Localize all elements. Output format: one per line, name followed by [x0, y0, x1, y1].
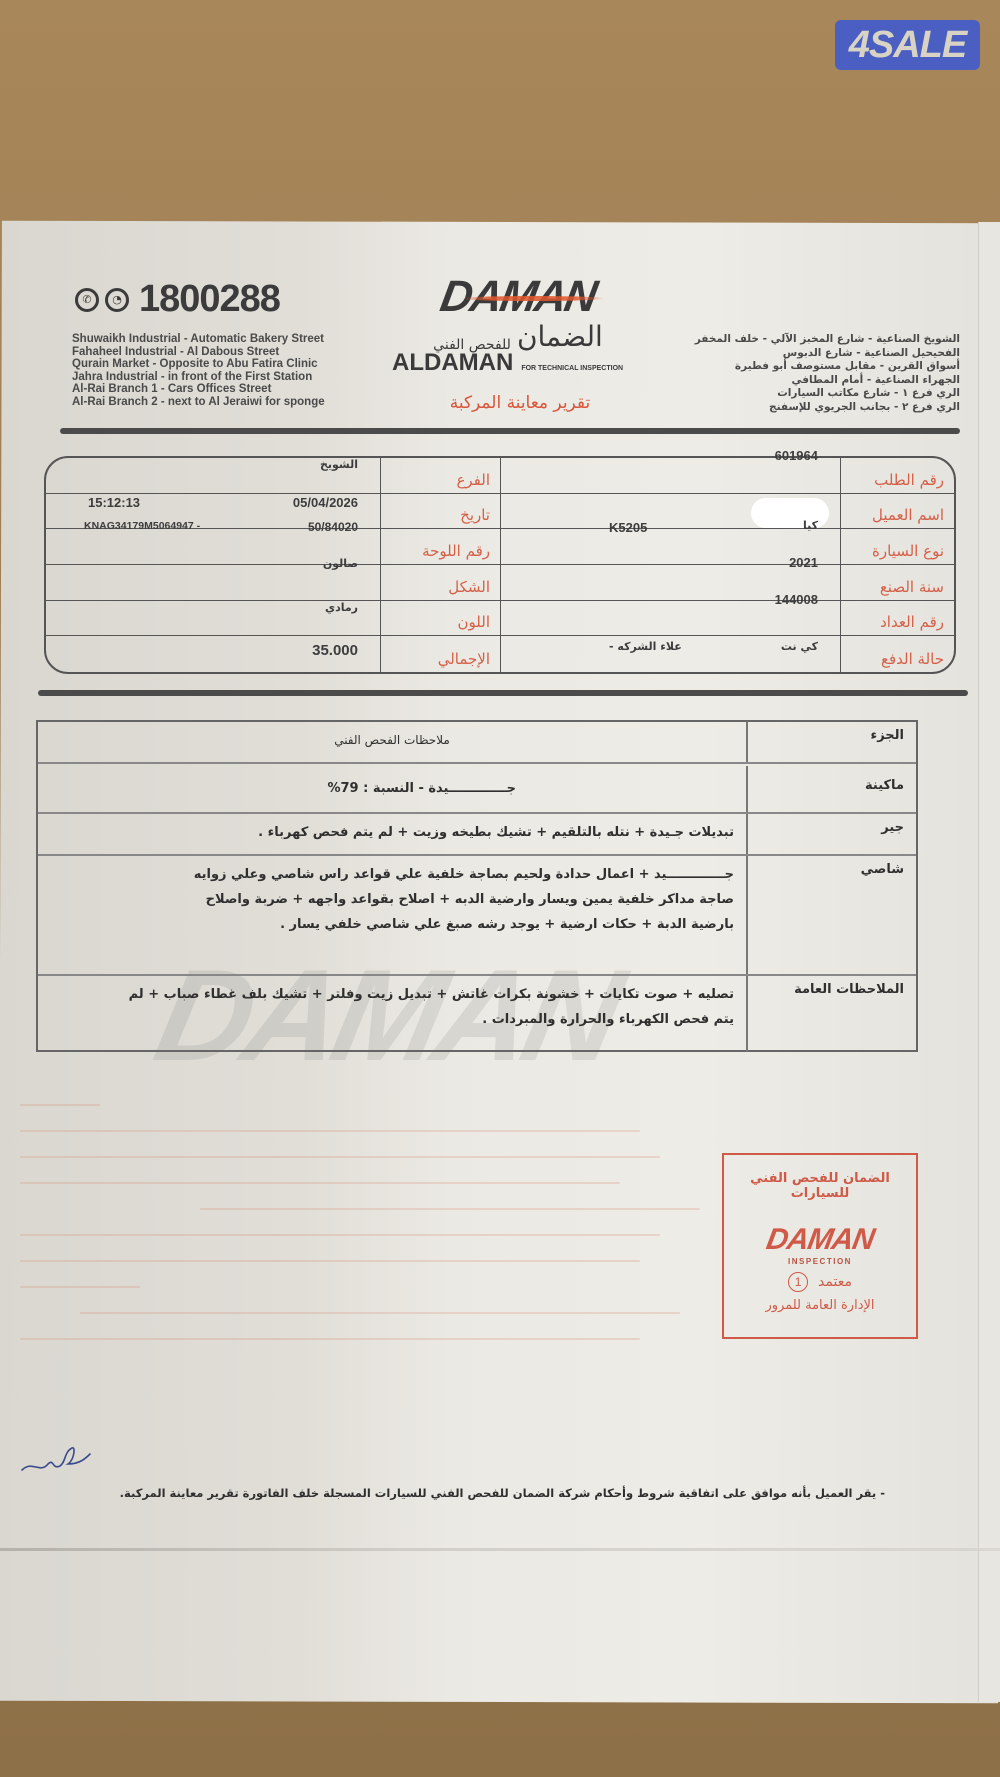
daman-logo: DAMAN للفحص الفني الضمان ALDAMAN FOR TEC…: [388, 272, 648, 377]
hotline: ✆ ◔ 1800288: [75, 278, 280, 321]
color-cell: رمادي: [46, 601, 381, 637]
phone-icon: ✆: [75, 288, 99, 312]
shape-label-cell: الشكل: [381, 565, 501, 601]
approval-stamp: الضمان للفحص الفني للسيارات DAMAN INSPEC…: [722, 1153, 918, 1339]
4sale-watermark: 4SALE: [835, 20, 980, 70]
color-label-cell: اللون: [381, 601, 501, 637]
total-amount-cell: 35.000: [46, 636, 381, 672]
table-row: جـــــــــــــيدة - النسبة : 79% ماكينة: [38, 766, 916, 814]
logo-swoosh-icon: [460, 296, 605, 301]
stamp-number-icon: 1: [788, 1272, 808, 1292]
request-number-cell: 601964: [501, 458, 841, 494]
address-line: Al-Rai Branch 2 - next to Al Jeraiwi for…: [72, 396, 325, 409]
address-line: الفحيحيل الصناعية - شارع الدبوس: [695, 347, 960, 361]
address-line: الري فرع ١ - شارع مكاتب السيارات: [695, 387, 960, 401]
paper-fold: [0, 1548, 1000, 1551]
address-line: الري فرع ٢ - بجانب الجريوي للإسفنج: [695, 401, 960, 415]
branch-addresses-en: Shuwaikh Industrial - Automatic Bakery S…: [72, 333, 325, 409]
table-row: جـــــــــــــيد + اعمال حدادة ولحيم بصا…: [38, 856, 916, 976]
odometer-label-cell: رقم العداد: [841, 601, 954, 637]
address-line: Jahra Industrial - in front of the First…: [72, 371, 325, 384]
branch-value-cell: الشويخ: [46, 458, 381, 494]
year-label-cell: سنة الصنع: [841, 565, 954, 601]
payment-label-cell: حالة الدفع: [841, 636, 954, 672]
notes-header-row: ملاحظات الفحص الفني الجزء: [38, 722, 916, 764]
report-title: تقرير معاينة المركبة: [410, 393, 630, 413]
address-line: الشويخ الصناعية - شارع المخبز الآلي - خل…: [695, 333, 960, 347]
inspection-notes-table: ملاحظات الفحص الفني الجزء جـــــــــــــ…: [36, 720, 918, 1052]
address-line: Fahaheel Industrial - Al Dabous Street: [72, 346, 325, 359]
logo-arabic-name: الضمان: [517, 320, 603, 353]
back-side-showthrough: [0, 1080, 700, 1410]
request-number-label-cell: رقم الطلب: [841, 458, 954, 494]
address-line: Al-Rai Branch 1 - Cars Offices Street: [72, 383, 325, 396]
customer-name-label-cell: اسم العميل: [841, 494, 954, 530]
table-row: تبديلات جـيدة + نتله بالتلقيم + تشيك بطي…: [38, 814, 916, 856]
odometer-cell: 144008: [501, 601, 841, 637]
date-label-cell: تاريخ: [381, 494, 501, 530]
car-type-label-cell: نوع السيارة: [841, 529, 954, 565]
address-line: Qurain Market - Opposite to Abu Fatira C…: [72, 358, 325, 371]
payment-status-cell: كي نت علاء الشركه -: [501, 636, 841, 672]
body-shape-cell: صالون: [46, 565, 381, 601]
logo-english-tagline: FOR TECHNICAL INSPECTION: [521, 365, 623, 372]
terms-agreement-note: - يقر العميل بأنه موافق على اتفاقية شروط…: [90, 1486, 885, 1500]
vehicle-info-table: الشويخ الفرع 601964 رقم الطلب 05/04/2026…: [44, 456, 956, 674]
branch-addresses-ar: الشويخ الصناعية - شارع المخبز الآلي - خل…: [695, 333, 960, 414]
logo-wordmark: DAMAN: [437, 272, 600, 322]
table-row: تصليه + صوت تكايات + خشونة بكرات غاتش + …: [38, 976, 916, 1052]
branch-label-cell: الفرع: [381, 458, 501, 494]
total-label-cell: الإجمالي: [381, 636, 501, 672]
plate-label-cell: رقم اللوحة: [381, 529, 501, 565]
customer-name-cell: [501, 494, 841, 530]
address-line: Shuwaikh Industrial - Automatic Bakery S…: [72, 333, 325, 346]
phone-number: 1800288: [139, 278, 280, 321]
section-divider: [38, 690, 968, 696]
logo-english-name: ALDAMAN: [392, 349, 513, 377]
paper-edge: [978, 222, 1000, 1702]
address-line: أسواق القرين - مقابل مستوصف أبو فطيرة: [695, 360, 960, 374]
header-divider: [60, 428, 960, 434]
whatsapp-icon: ◔: [105, 288, 129, 312]
stamp-logo: DAMAN: [721, 1223, 919, 1257]
customer-signature: [18, 1440, 98, 1480]
address-line: الجهراء الصناعية - أمام المطافي: [695, 374, 960, 388]
